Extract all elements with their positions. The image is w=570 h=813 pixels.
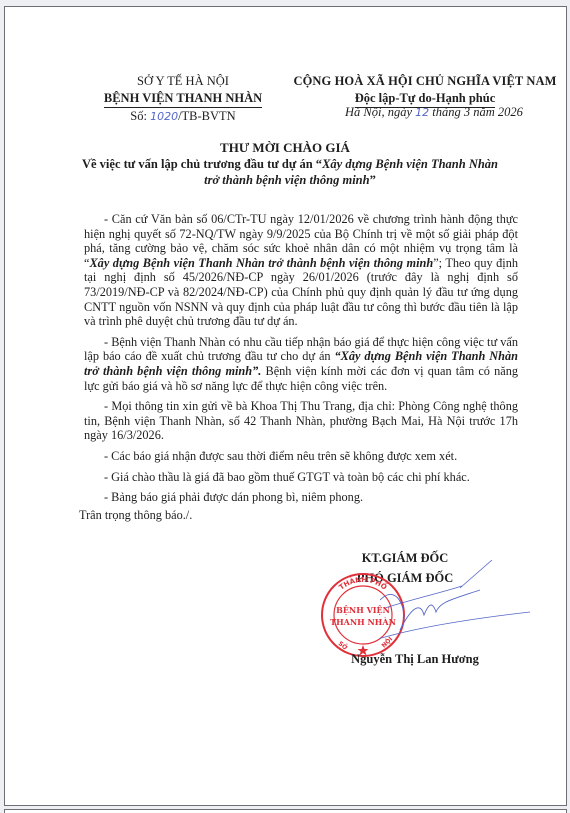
- document-number: Số: 1020/TB-BVTN: [88, 108, 278, 125]
- document-title: THƯ MỜI CHÀO GIÁ: [0, 140, 570, 156]
- document-body: - Căn cứ Văn bản số 06/CTr-TU ngày 12/01…: [84, 212, 518, 528]
- next-page-edge: [4, 809, 567, 813]
- document-date: Hà Nội, ngày 12 tháng 3 năm 2026: [345, 105, 523, 120]
- date-suffix: tháng 3 năm 2026: [429, 105, 523, 119]
- closing-line: Trân trọng thông báo./.: [79, 508, 518, 523]
- subtitle-suffix: ”: [370, 173, 376, 187]
- document-number-suffix: /TB-BVTN: [178, 109, 236, 123]
- subtitle-prefix: Về việc tư vấn lập chủ trương đầu tư dự …: [82, 157, 322, 171]
- paragraph-seal-note: - Bảng báo giá phải được dán phong bì, n…: [84, 490, 518, 505]
- paragraph-contact: - Mọi thông tin xin gửi về bà Khoa Thị T…: [84, 399, 518, 443]
- document-number-handwritten: 1020: [150, 110, 178, 123]
- paragraph-price-note: - Giá chào thầu là giá đã bao gồm thuế G…: [84, 470, 518, 485]
- date-prefix: Hà Nội, ngày: [345, 105, 415, 119]
- paragraph-request: - Bệnh viện Thanh Nhàn có nhu cầu tiếp n…: [84, 335, 518, 393]
- issuer-block: SỞ Y TẾ HÀ NỘI BỆNH VIỆN THANH NHÀN Số: …: [88, 73, 278, 125]
- paragraph-deadline-note: - Các báo giá nhận được sau thời điểm nê…: [84, 449, 518, 464]
- document-subtitle: Về việc tư vấn lập chủ trương đầu tư dự …: [80, 156, 500, 188]
- date-day-handwritten: 12: [415, 106, 429, 119]
- signer-name: Nguyễn Thị Lan Hương: [340, 652, 490, 667]
- project-name-emphasis: Xây dựng Bệnh viện Thanh Nhàn trở thành …: [89, 256, 433, 270]
- nation-title: CỘNG HOÀ XÃ HỘI CHỦ NGHĨA VIỆT NAM: [280, 73, 570, 90]
- svg-text:SỞ: SỞ: [337, 639, 350, 652]
- issuer-hospital: BỆNH VIỆN THANH NHÀN: [104, 90, 262, 108]
- document-number-prefix: Số:: [130, 109, 150, 123]
- issuer-org: SỞ Y TẾ HÀ NỘI: [88, 73, 278, 90]
- national-header: CỘNG HOÀ XÃ HỘI CHỦ NGHĨA VIỆT NAM Độc l…: [280, 73, 570, 108]
- paragraph-basis: - Căn cứ Văn bản số 06/CTr-TU ngày 12/01…: [84, 212, 518, 329]
- handwritten-signature: [380, 560, 540, 660]
